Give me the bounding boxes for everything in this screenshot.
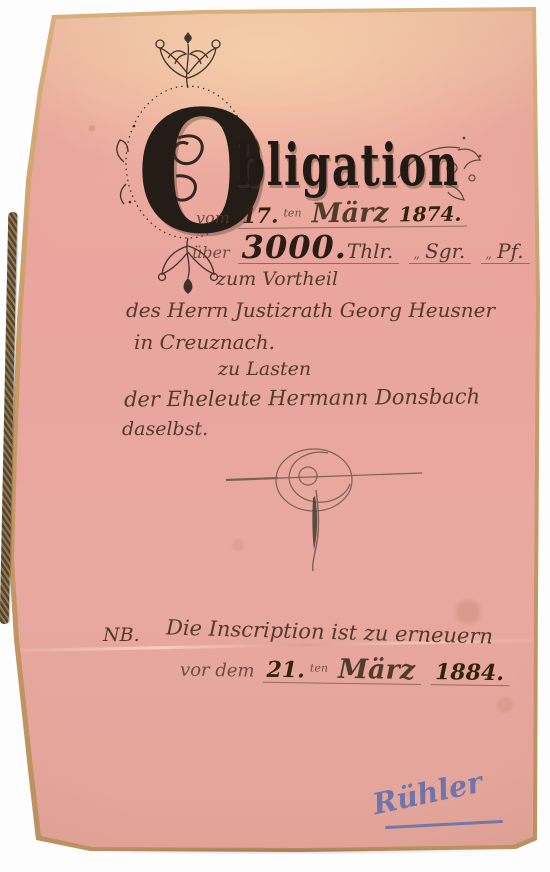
amount-line: über3000.Thlr.„ Sgr.„ Pf. xyxy=(192,228,540,266)
beneficiary-name-line: des Herrn Justizrath Georg Heusner xyxy=(126,298,495,322)
ditto-mark-1: „ xyxy=(413,247,420,262)
note-label: NB. xyxy=(103,624,140,646)
date-day: 17. xyxy=(242,203,279,228)
note-prefix: vor dem xyxy=(180,660,255,682)
note-line2: vor dem21. ten März1884. xyxy=(180,652,520,688)
beneficiary-place-line: in Creuznach. xyxy=(134,330,275,354)
note-year: 1884. xyxy=(435,659,504,686)
note-day: 21. xyxy=(266,657,305,684)
document-title: bligation xyxy=(236,136,460,194)
date-ordinal: ten xyxy=(283,206,301,219)
amount-prefix: über xyxy=(192,243,230,262)
debtor-heading: zu Lasten xyxy=(218,358,311,380)
ditto-mark-2: „ xyxy=(485,247,492,262)
amount-unit-thaler: Thlr. xyxy=(347,239,393,263)
beneficiary-heading: zum Vortheil xyxy=(216,268,338,290)
date-prefix: vom xyxy=(196,208,230,227)
amount-value: 3000. xyxy=(242,228,347,266)
date-month: März xyxy=(312,197,389,229)
note-ordinal: ten xyxy=(310,661,328,674)
note-month: März xyxy=(338,654,415,686)
date-line: vom17. ten März 1874. xyxy=(196,197,478,231)
amount-unit-pfennig: Pf. xyxy=(497,239,524,263)
pen-flourish-doodle xyxy=(222,438,432,573)
debtor-place-line: daselbst. xyxy=(122,418,208,440)
paper-bottom-shadow xyxy=(34,847,534,855)
debtor-name-line: der Eheleute Hermann Donsbach xyxy=(124,384,480,411)
date-year: 1874. xyxy=(399,202,462,227)
amount-unit-groschen: Sgr. xyxy=(425,239,465,263)
scanned-document: O bligation vom17. ten März 1874. über30… xyxy=(0,0,550,872)
